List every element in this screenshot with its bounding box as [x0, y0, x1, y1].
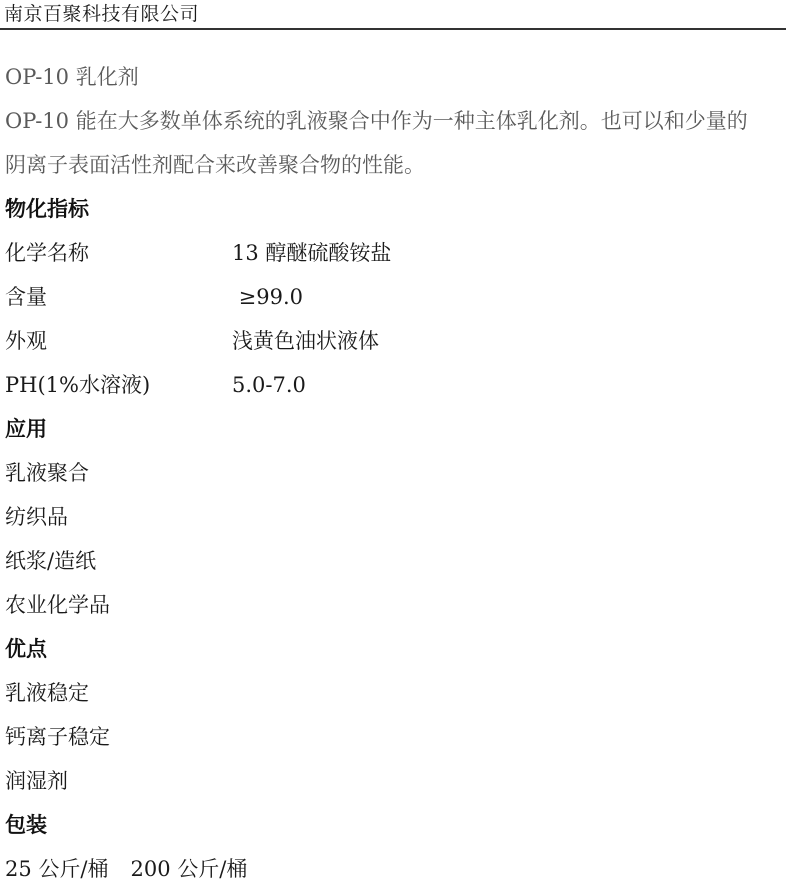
company-name: 南京百聚科技有限公司 — [4, 2, 199, 26]
spec-label: 外观 — [5, 327, 47, 355]
spec-row: 外观 浅黄色油状液体 — [0, 327, 790, 355]
spec-label: 含量 — [5, 283, 47, 311]
packaging-heading: 包装 — [5, 811, 47, 839]
spec-label: PH(1%水溶液) — [5, 371, 150, 399]
spec-value: 13 醇醚硫酸铵盐 — [232, 239, 391, 267]
specs-heading: 物化指标 — [5, 195, 89, 223]
advantage-item: 钙离子稳定 — [5, 723, 110, 751]
page-header: 南京百聚科技有限公司 — [0, 0, 786, 30]
spec-value: ≥99.0 — [232, 283, 303, 311]
application-item: 纺织品 — [5, 503, 68, 531]
product-intro-line-2: 阴离子表面活性剂配合来改善聚合物的性能。 — [5, 151, 425, 179]
applications-heading: 应用 — [5, 415, 47, 443]
spec-row: PH(1%水溶液) 5.0-7.0 — [0, 371, 790, 399]
application-item: 乳液聚合 — [5, 459, 89, 487]
application-item: 纸浆/造纸 — [5, 547, 96, 575]
packaging-option-1: 25 公斤/桶 — [5, 857, 108, 881]
advantage-item: 润湿剂 — [5, 767, 68, 795]
spec-label: 化学名称 — [5, 239, 89, 267]
product-intro-line-1: OP-10 能在大多数单体系统的乳液聚合中作为一种主体乳化剂。也可以和少量的 — [5, 107, 748, 135]
advantage-item: 乳液稳定 — [5, 679, 89, 707]
product-title: OP-10 乳化剂 — [5, 63, 139, 91]
spec-row: 化学名称 13 醇醚硫酸铵盐 — [0, 239, 790, 267]
spec-value: 浅黄色油状液体 — [232, 327, 379, 355]
packaging-option-2: 200 公斤/桶 — [130, 857, 247, 881]
application-item: 农业化学品 — [5, 591, 110, 619]
spec-row: 含量 ≥99.0 — [0, 283, 790, 311]
packaging-options: 25 公斤/桶200 公斤/桶 — [5, 855, 247, 883]
advantages-heading: 优点 — [5, 635, 47, 663]
spec-value: 5.0-7.0 — [232, 371, 306, 399]
